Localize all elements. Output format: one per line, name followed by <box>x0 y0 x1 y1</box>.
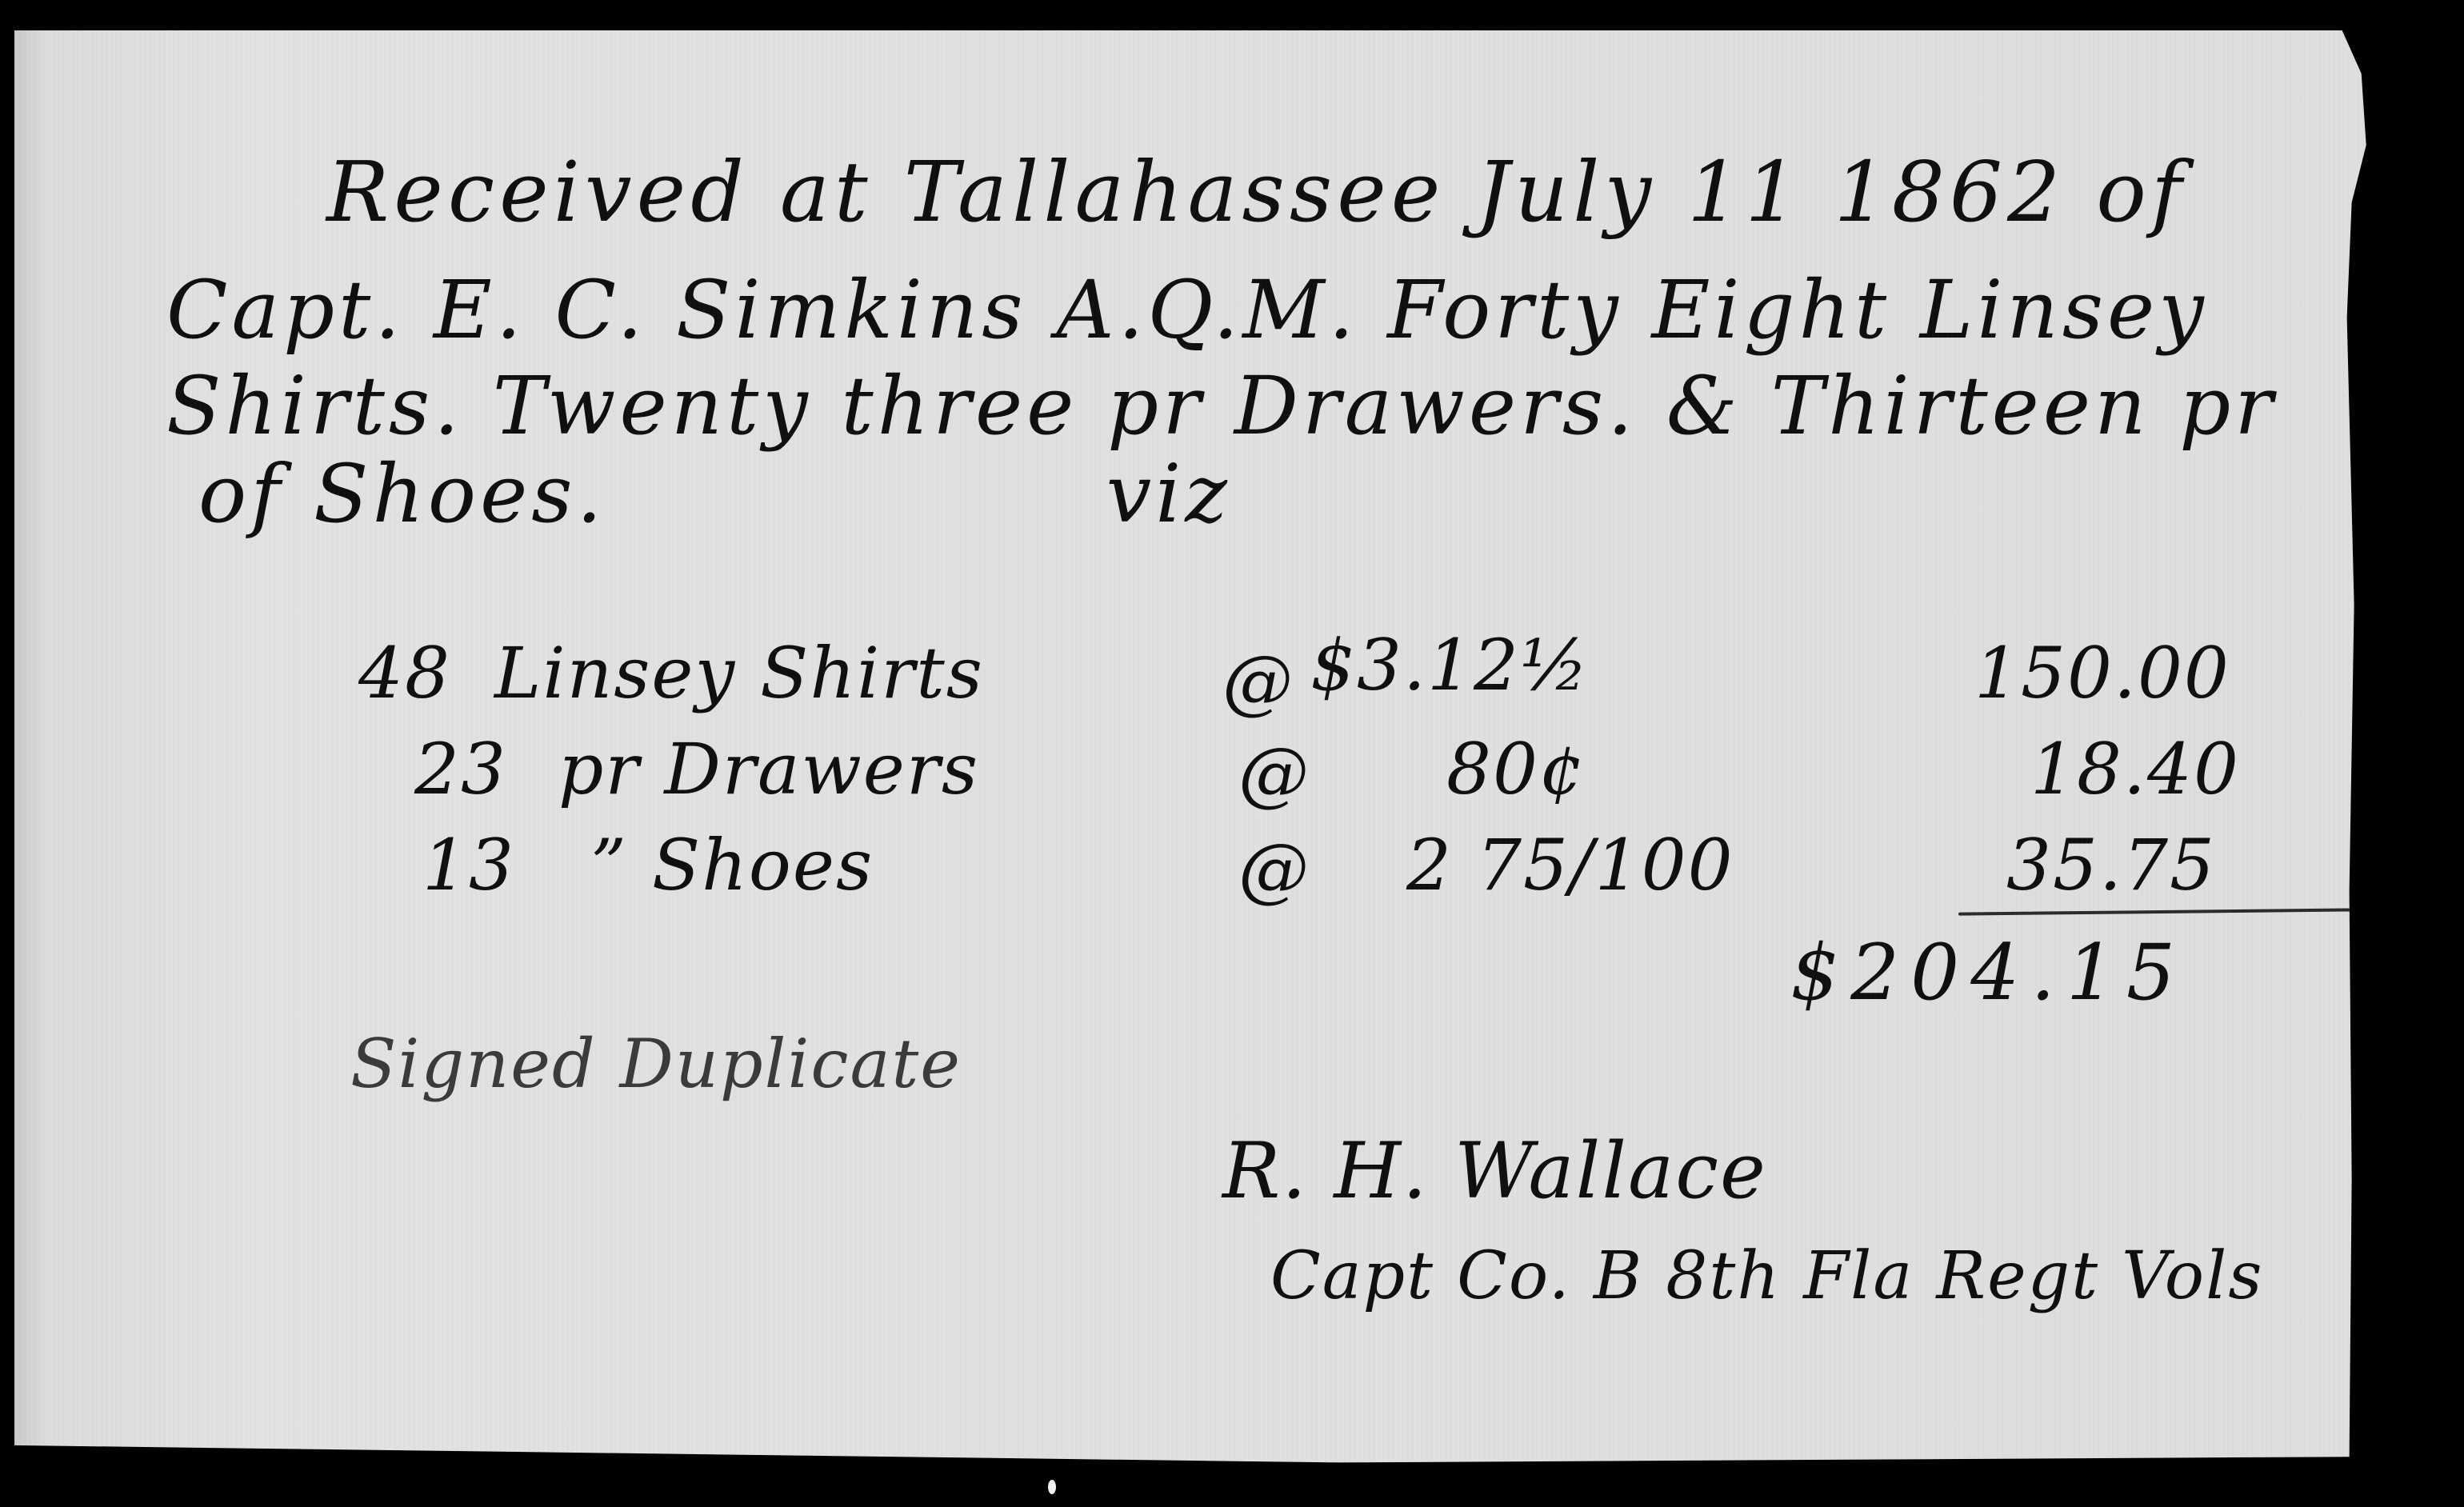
item-amount: 18.40 <box>2030 734 2240 805</box>
item-at-sign: @ <box>1238 834 1310 905</box>
body-line-1: Received at Tallahassee July 11 1862 of <box>326 150 2186 234</box>
signed-duplicate-note: Signed Duplicate <box>350 1030 962 1097</box>
total-amount: $204.15 <box>1790 934 2186 1011</box>
sum-underline <box>1958 908 2358 915</box>
scan-frame: Received at Tallahassee July 11 1862 of … <box>0 0 2464 1507</box>
body-line-4: of Shoes. viz <box>198 454 1231 534</box>
item-price: 2 75/100 <box>1406 830 1734 901</box>
item-qty: 13 <box>422 830 515 901</box>
item-qty: 23 <box>414 734 507 805</box>
item-amount: 150.00 <box>1974 638 2230 709</box>
item-description: pr Drawers <box>558 734 979 805</box>
body-line-3: Shirts. Twenty three pr Drawers. & Thirt… <box>166 366 2277 446</box>
item-description: ” Shoes <box>590 830 874 901</box>
body-line-2: Capt. E. C. Simkins A.Q.M. Forty Eight L… <box>166 270 2208 350</box>
item-price: 80¢ <box>1446 734 1586 805</box>
signature: R. H. Wallace <box>1222 1126 1767 1216</box>
signature-title: Capt Co. B 8th Fla Regt Vols <box>1270 1238 2263 1314</box>
item-amount: 35.75 <box>2006 830 2216 901</box>
item-description: Linsey Shirts <box>494 638 984 709</box>
item-at-sign: @ <box>1238 738 1310 809</box>
item-at-sign: @ <box>1222 646 1294 717</box>
scan-artifact <box>1048 1480 1056 1494</box>
receipt-paper: Received at Tallahassee July 11 1862 of … <box>14 30 2424 1465</box>
item-qty: 48 <box>358 638 451 709</box>
item-price: $3.12½ <box>1310 630 1590 701</box>
